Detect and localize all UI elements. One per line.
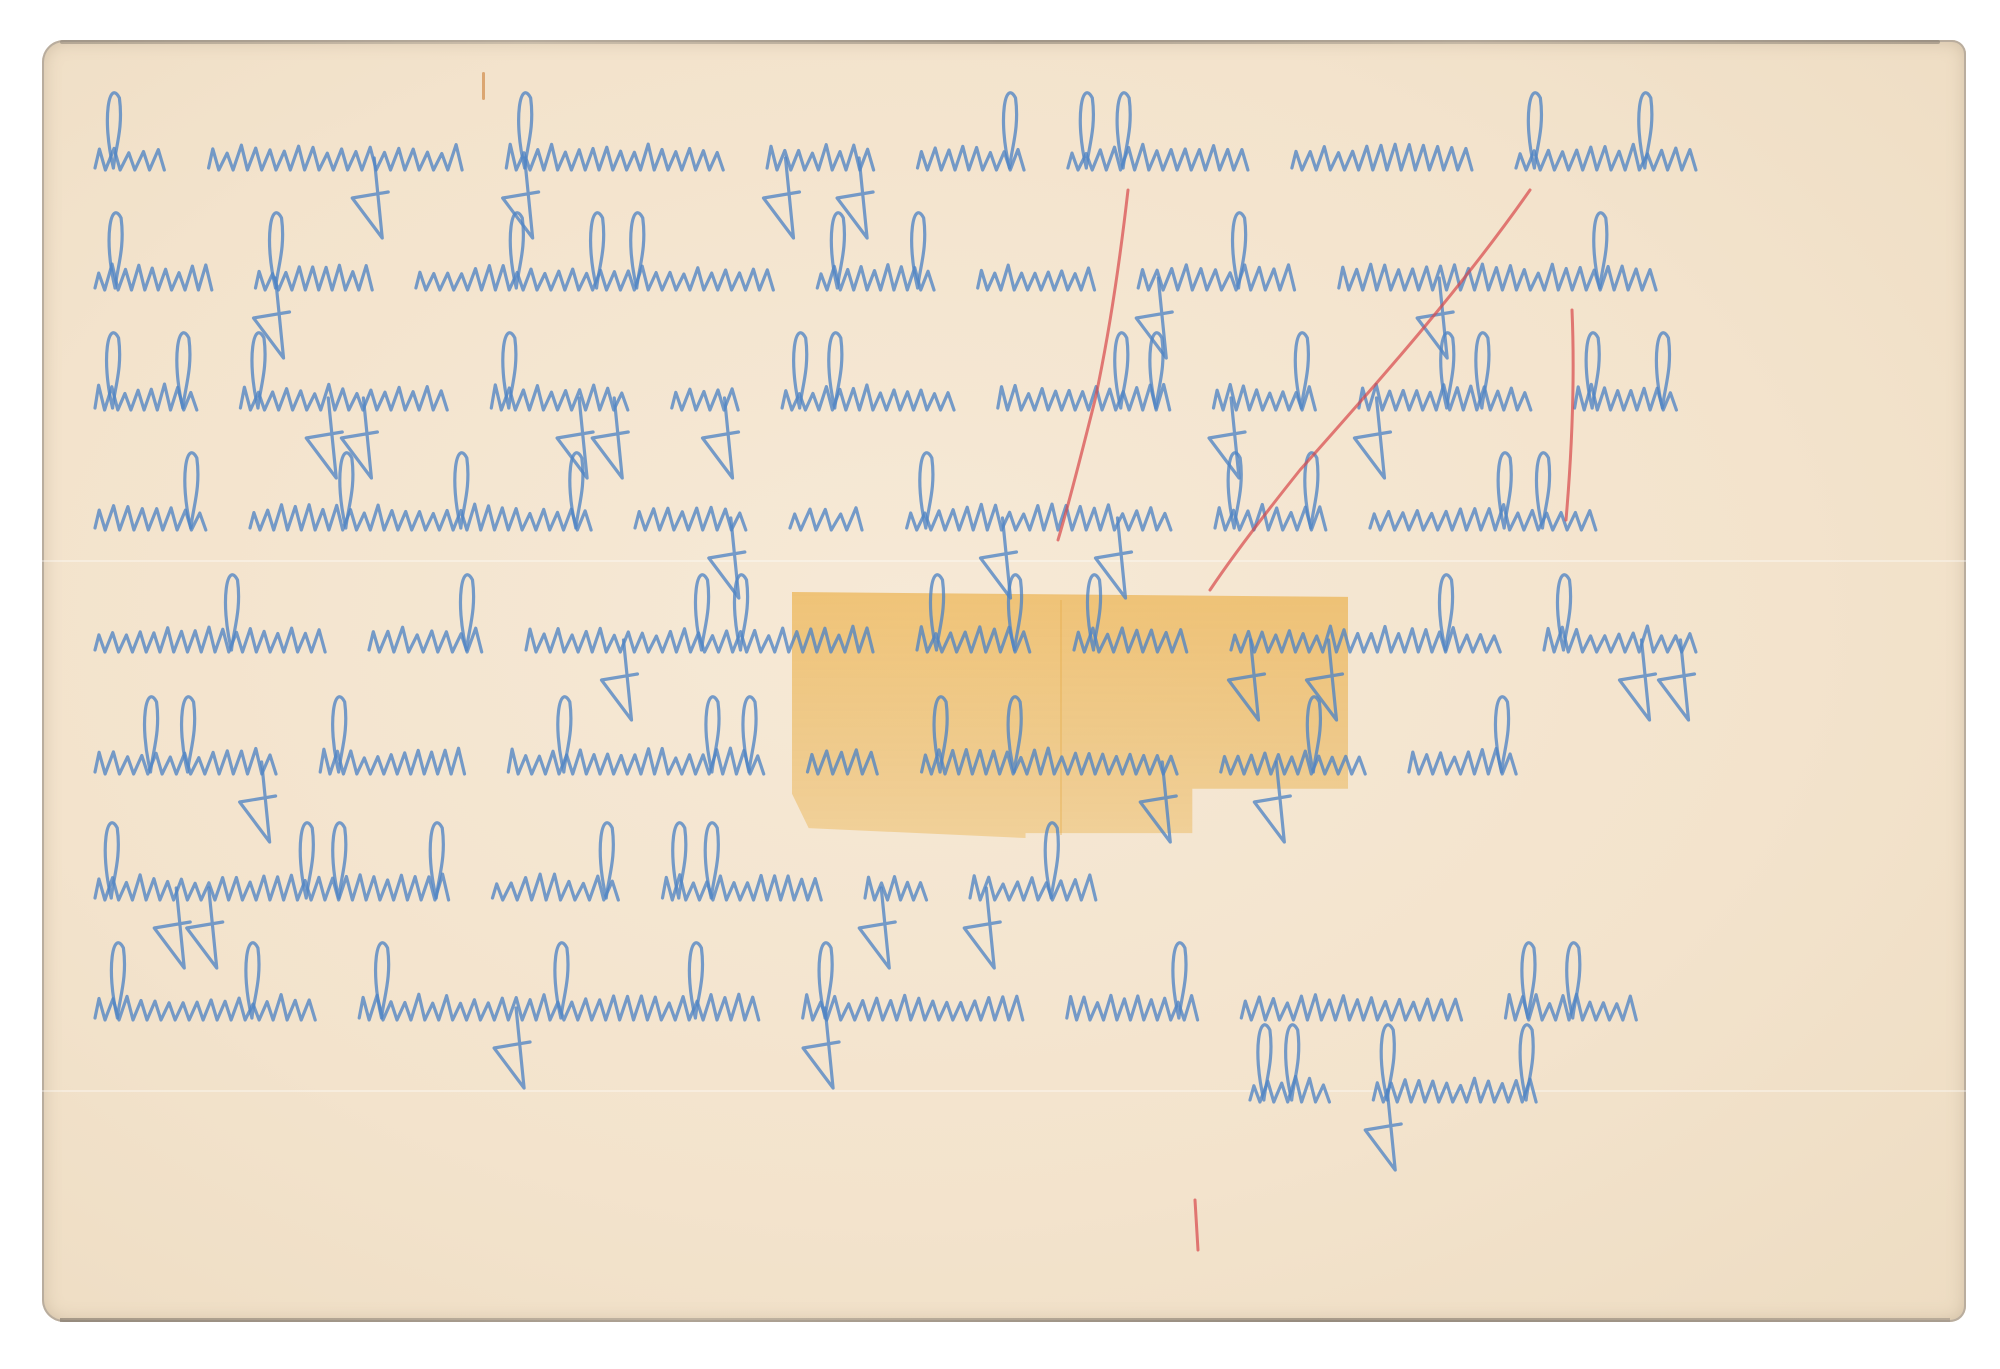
handwriting-strokes — [0, 0, 2000, 1369]
blue-pencil-writing — [95, 93, 1696, 1170]
